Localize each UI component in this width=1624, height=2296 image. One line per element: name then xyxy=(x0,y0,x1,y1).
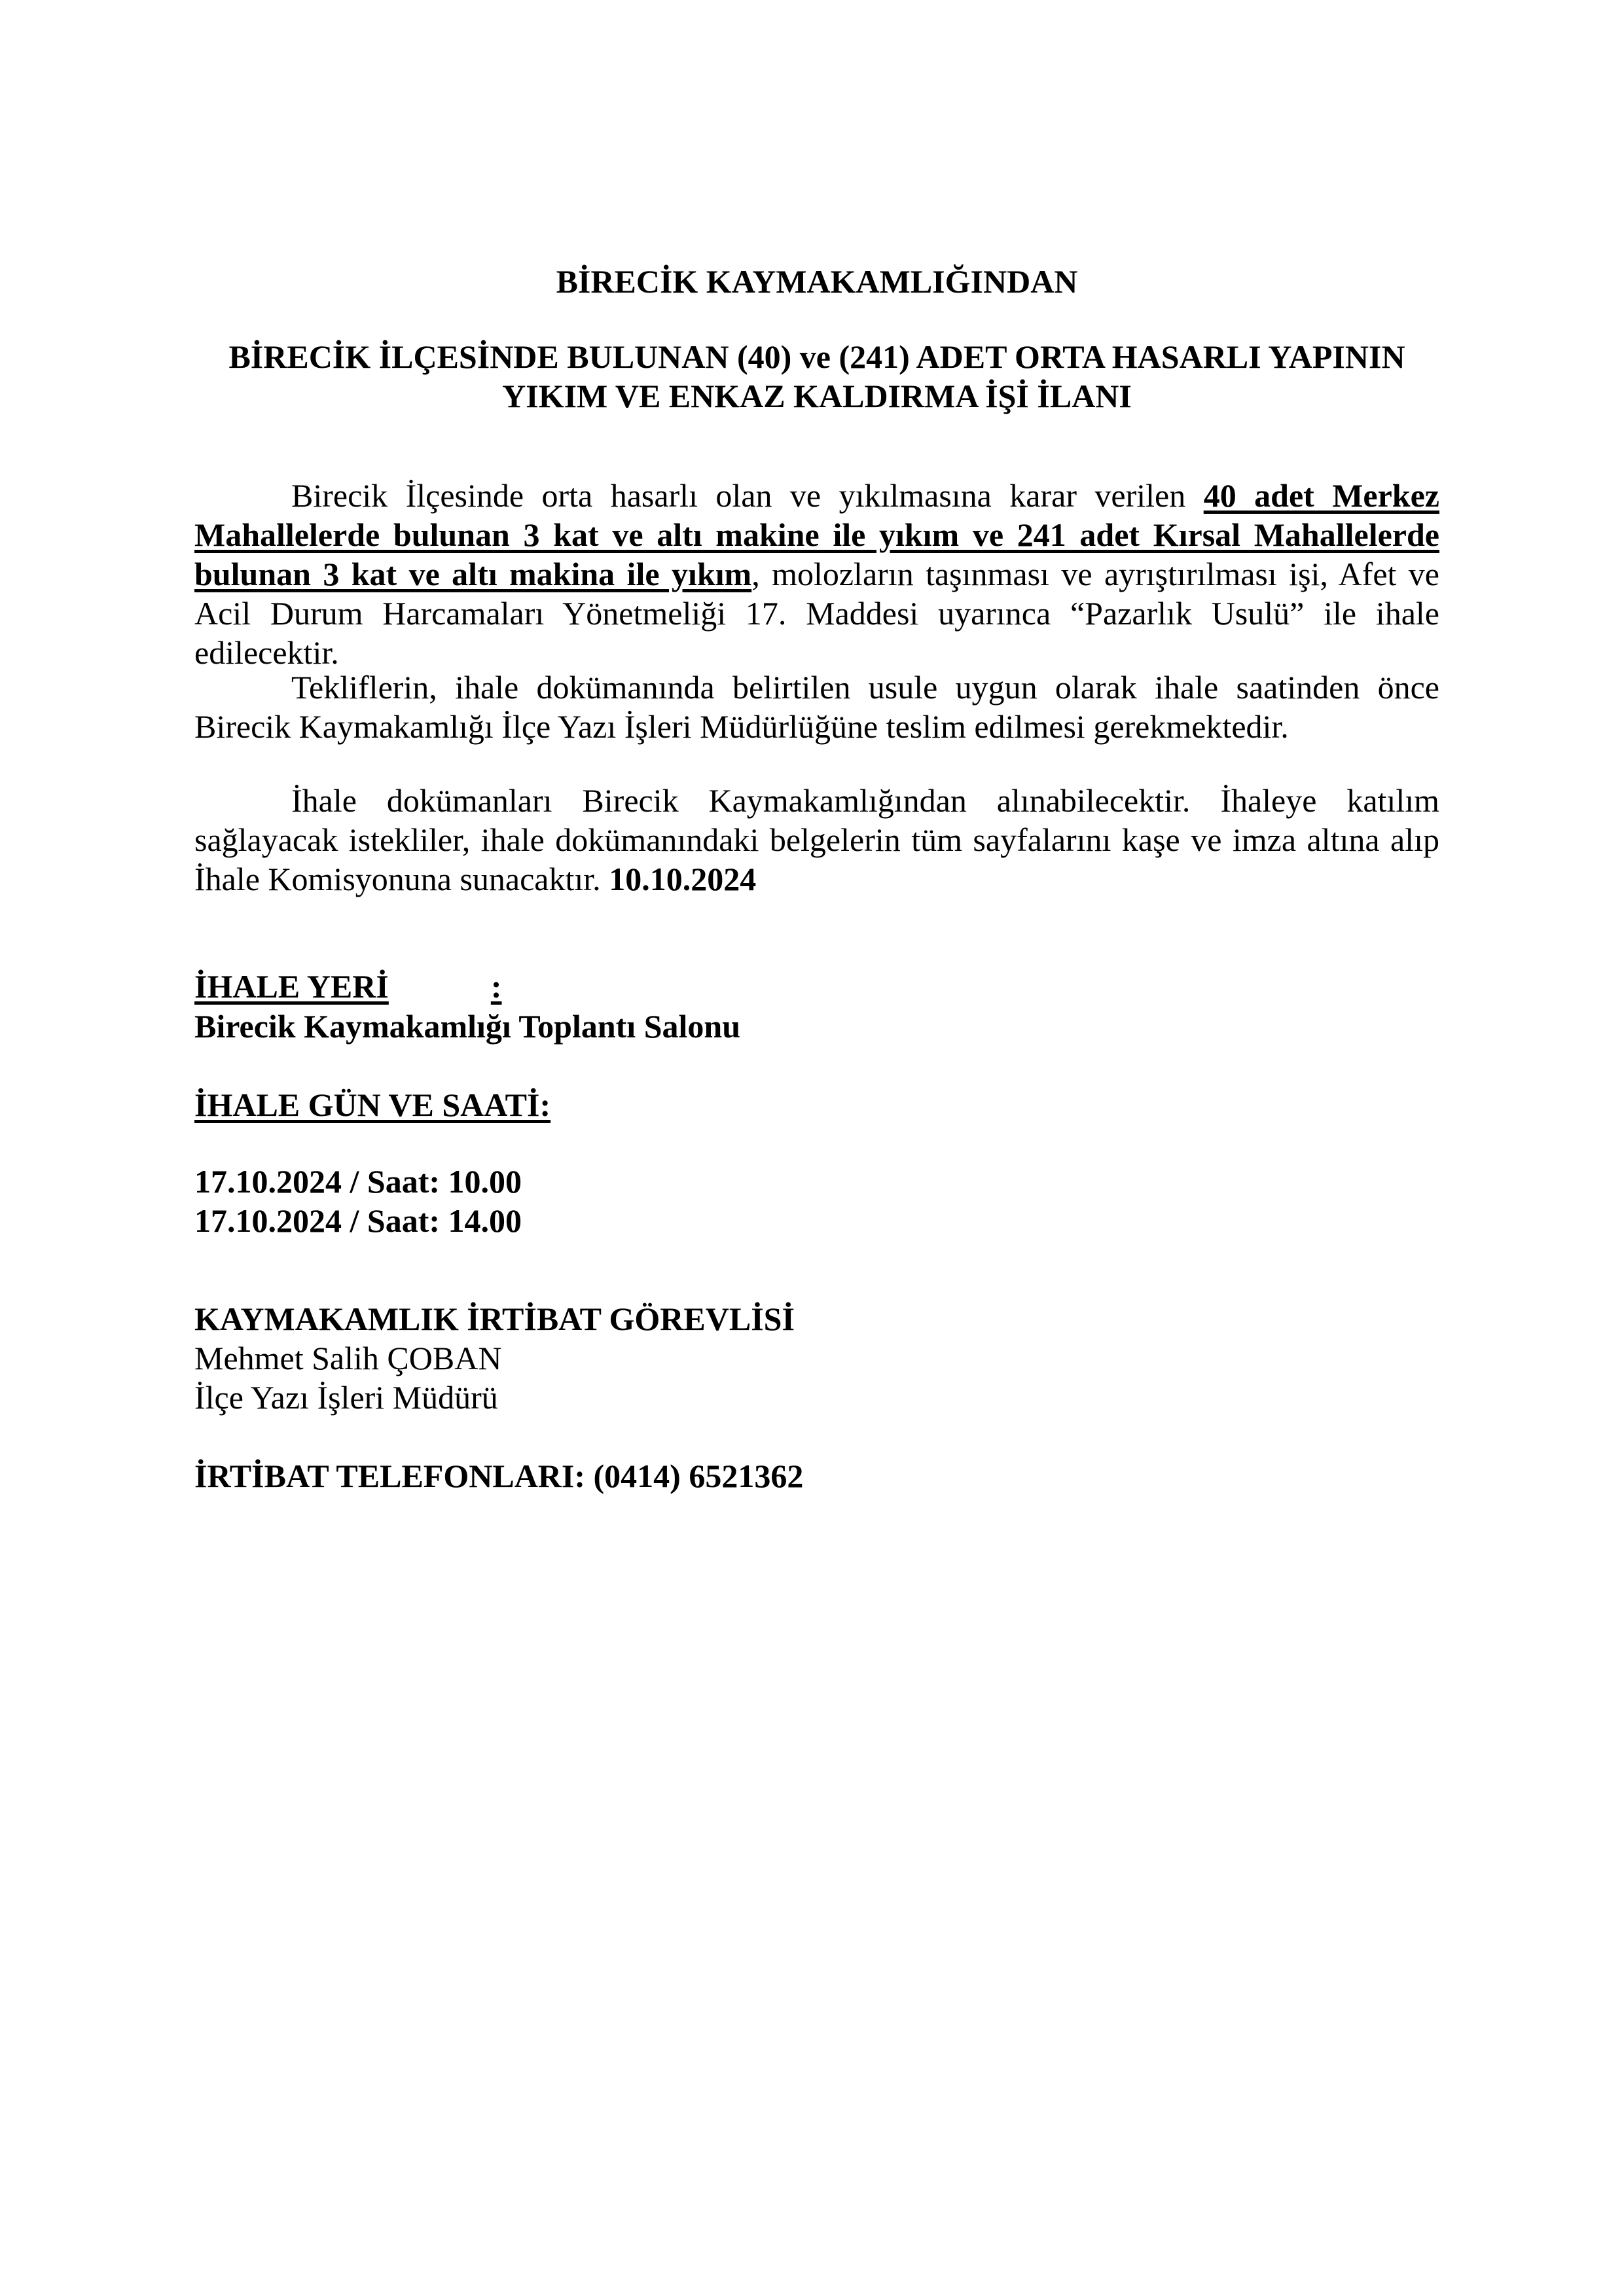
paragraph-scope-intro: Birecik İlçesinde orta hasarlı olan ve y… xyxy=(291,477,1204,514)
tender-location-label-text: İHALE YERİ xyxy=(194,968,389,1005)
tender-session-1: 17.10.2024 / Saat: 10.00 xyxy=(194,1162,522,1201)
paragraph-scope: Birecik İlçesinde orta hasarlı olan ve y… xyxy=(194,476,1439,672)
contact-name: Mehmet Salih ÇOBAN xyxy=(194,1338,501,1378)
contact-title: İlçe Yazı İşleri Müdürü xyxy=(194,1378,498,1417)
paragraph-documents-text: İhale dokümanları Birecik Kaymakamlığınd… xyxy=(194,782,1439,897)
paragraph-submission-text: Tekliflerin, ihale dokümanında belirtile… xyxy=(194,669,1439,745)
tender-location-label: İHALE YERİ: xyxy=(194,967,501,1006)
tender-session-2: 17.10.2024 / Saat: 14.00 xyxy=(194,1201,522,1240)
paragraph-submission: Tekliflerin, ihale dokümanında belirtile… xyxy=(194,668,1439,746)
paragraph-documents: İhale dokümanları Birecik Kaymakamlığınd… xyxy=(194,781,1439,899)
issuer-header: BİRECİK KAYMAKAMLIĞINDAN xyxy=(194,262,1439,301)
announcement-title-line-2: YIKIM VE ENKAZ KALDIRMA İŞİ İLANI xyxy=(194,376,1439,416)
contact-heading: KAYMAKAMLIK İRTİBAT GÖREVLİSİ xyxy=(194,1299,795,1338)
paragraph-documents-date: 10.10.2024 xyxy=(609,861,756,897)
tender-schedule-label: İHALE GÜN VE SAATİ: xyxy=(194,1085,550,1124)
tender-location-colon: : xyxy=(491,968,502,1005)
contact-phone-number: (0414) 6521362 xyxy=(594,1458,804,1494)
announcement-title-line-1: BİRECİK İLÇESİNDE BULUNAN (40) ve (241) … xyxy=(194,337,1439,376)
announcement-title: BİRECİK İLÇESİNDE BULUNAN (40) ve (241) … xyxy=(194,337,1439,416)
tender-location-value: Birecik Kaymakamlığı Toplantı Salonu xyxy=(194,1007,740,1046)
contact-phone-line: İRTİBAT TELEFONLARI: (0414) 6521362 xyxy=(194,1456,803,1496)
contact-phone-label: İRTİBAT TELEFONLARI: xyxy=(194,1458,585,1494)
